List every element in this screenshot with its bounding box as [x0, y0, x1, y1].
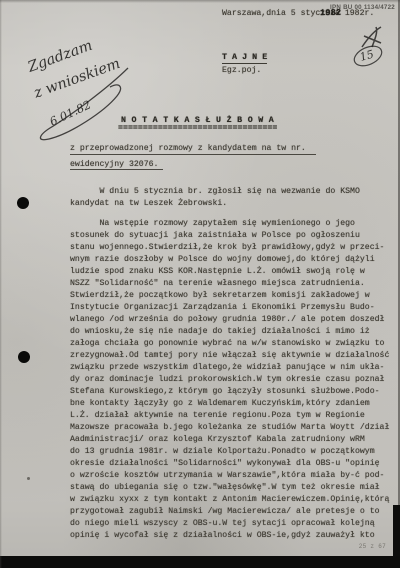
circled-number: 15	[358, 48, 375, 64]
approval-date: 6.01.82	[47, 97, 93, 128]
handwriting-overlay: Zgadzam z wnioskiem 6.01.82 15	[0, 0, 400, 568]
approval-note: Zgadzam z wnioskiem 6.01.82	[25, 38, 128, 140]
page-marker: 25 z 67	[359, 543, 386, 550]
scan-edge-bottom	[0, 556, 400, 568]
hole-punch-bottom	[18, 351, 30, 363]
circled-number-mark: 15	[351, 42, 384, 69]
initials-scribble	[362, 27, 381, 47]
initials-stroke	[362, 27, 381, 47]
hole-punch-top	[17, 197, 29, 209]
margin-mark	[27, 477, 30, 480]
scanned-document-page: IPN BU 00 1134/4722 Warszawa,dnia 5 styc…	[0, 0, 400, 568]
